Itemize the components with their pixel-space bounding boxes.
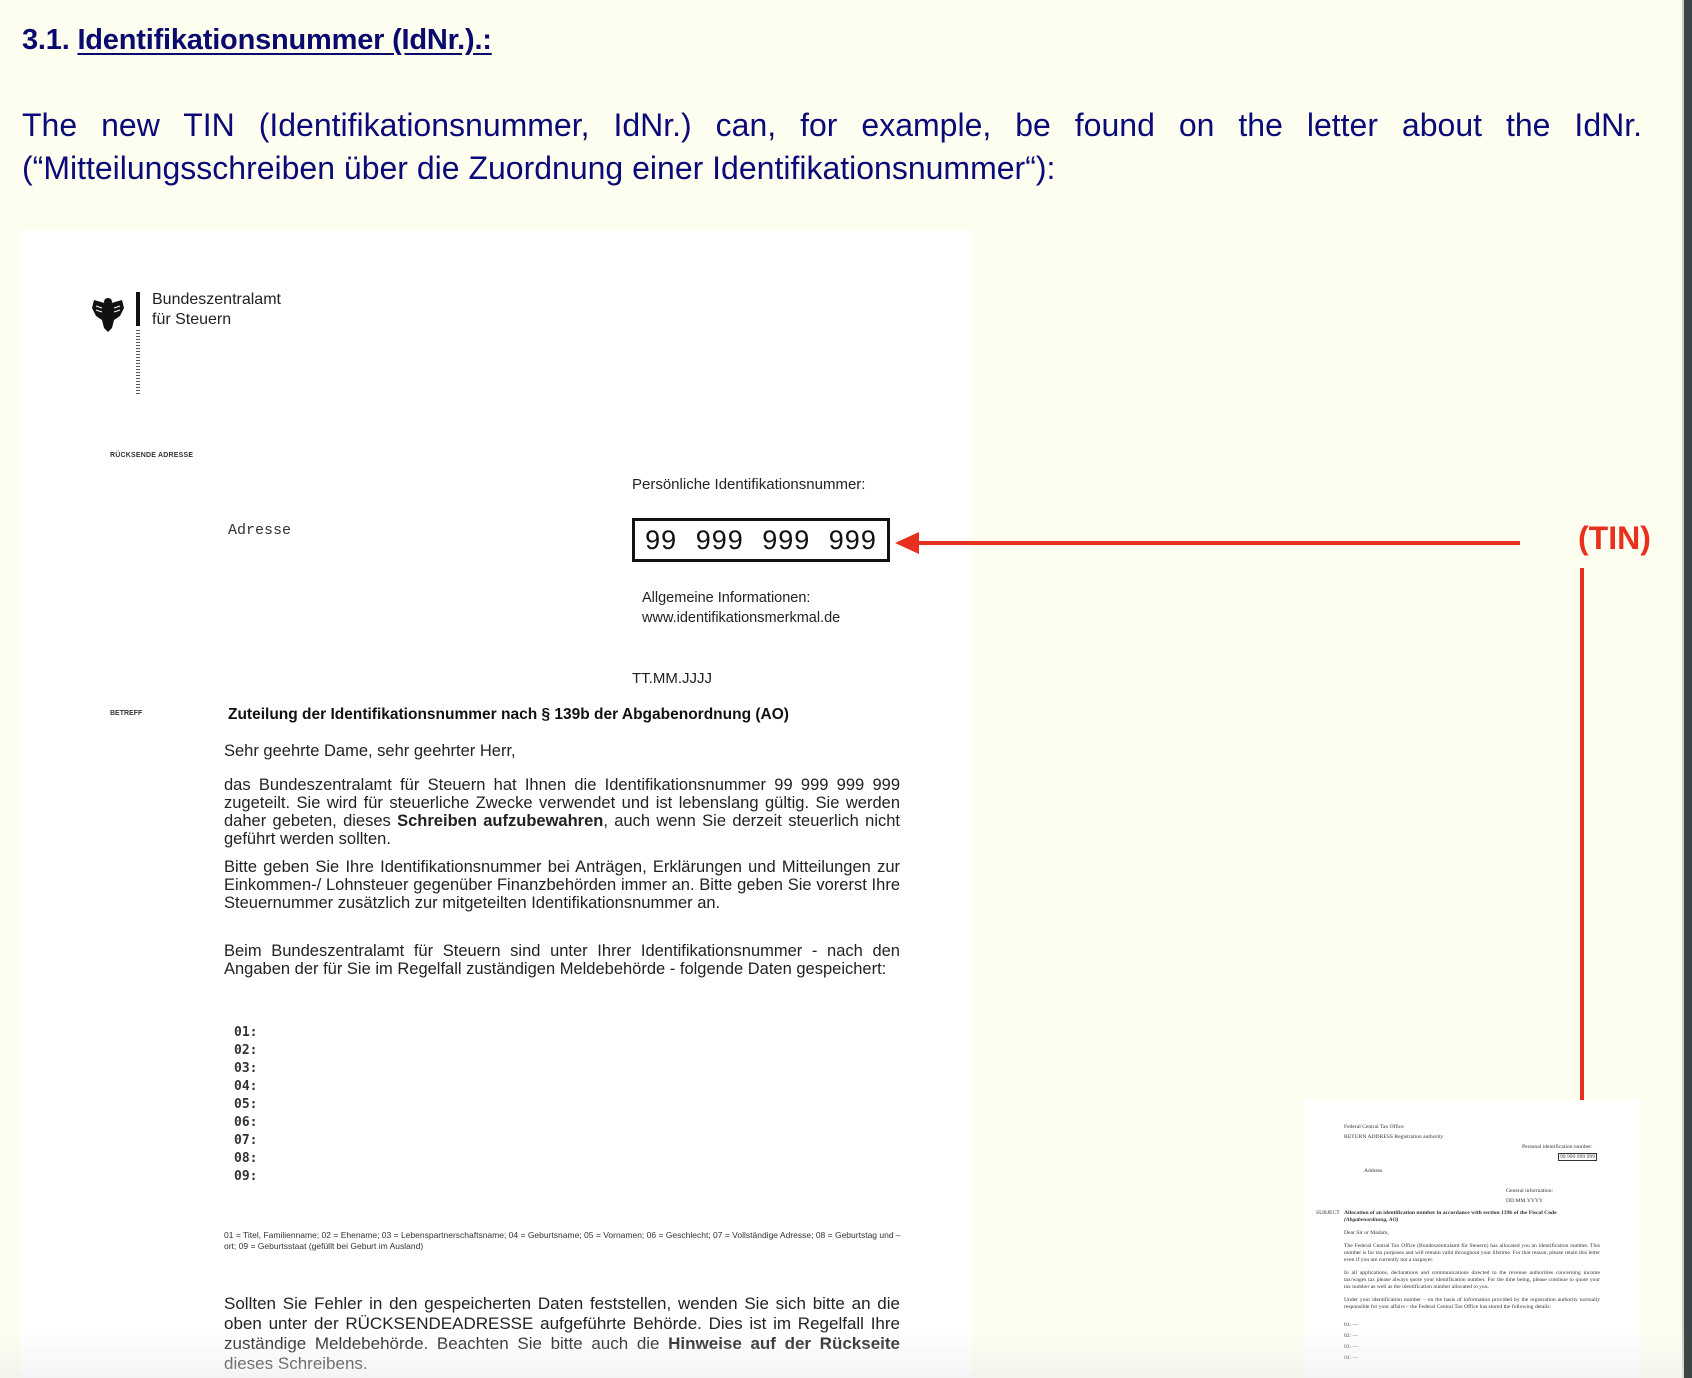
letter-subject: Zuteilung der Identifikationsnummer nach… [228, 706, 789, 724]
general-info-label: Allgemeine Informationen: [642, 588, 840, 608]
authority-line-1: Bundeszentralamt [152, 290, 281, 310]
logo-bar [136, 292, 140, 326]
inset-pid-label: Personal identification number: [1522, 1144, 1593, 1151]
inset-subject-label: SUBJECT [1316, 1210, 1340, 1217]
authority-name: Bundeszentralamt für Steuern [152, 290, 281, 330]
inset-salutation: Dear Sir or Madam, [1344, 1230, 1389, 1237]
tin-annotation-label: (TIN) [1578, 520, 1651, 557]
data-field-row: 07: [234, 1132, 257, 1150]
intro-paragraph: The new TIN (Identifikationsnummer, IdNr… [22, 104, 1642, 190]
inset-office: Federal Central Tax Office [1344, 1124, 1404, 1131]
address-placeholder: Adresse [228, 522, 291, 539]
general-info-url: www.identifikationsmerkmal.de [642, 608, 840, 628]
logo-dashes [136, 330, 140, 394]
section-title: Identifikationsnummer (IdNr.).: [77, 24, 491, 56]
window-edge [1684, 0, 1692, 1378]
inset-subject: Allocation of an identification number i… [1344, 1210, 1557, 1217]
inset-field-row: 02: — [1344, 1333, 1358, 1340]
data-field-row: 06: [234, 1114, 257, 1132]
paragraph-3: Beim Bundeszentralamt für Steuern sind u… [224, 942, 900, 978]
return-address-label: RÜCKSENDE ADRESSE [110, 452, 193, 459]
inset-date: DD.MM.YYYY [1506, 1198, 1543, 1205]
letter-image-english: Federal Central Tax Office RETURN ADDRES… [1304, 1100, 1640, 1378]
inset-field-row: 01: — [1344, 1322, 1358, 1329]
section-heading: 3.1. Identifikationsnummer (IdNr.).: [22, 24, 492, 57]
data-field-row: 05: [234, 1096, 257, 1114]
inset-return-address: RETURN ADDRESS Registration authority [1344, 1134, 1443, 1141]
paragraph-1-bold: Schreiben aufzubewahren [397, 812, 603, 830]
data-field-row: 02: [234, 1042, 257, 1060]
inset-paragraph-1: The Federal Central Tax Office (Bundesze… [1344, 1243, 1600, 1264]
inset-paragraph-3: Under your identification number – on th… [1344, 1297, 1600, 1311]
subject-label: BETREFF [110, 710, 142, 717]
paragraph-4-bold: Hinweise auf der Rückseite [668, 1334, 900, 1353]
data-field-row: 09: [234, 1168, 257, 1186]
inset-pid-value: 99 999 999 999 [1558, 1153, 1597, 1161]
paragraph-1: das Bundeszentralamt für Steuern hat Ihn… [224, 776, 900, 848]
inset-address: Address [1364, 1168, 1382, 1175]
data-field-row: 04: [234, 1078, 257, 1096]
section-number: 3.1. [22, 24, 70, 56]
authority-line-2: für Steuern [152, 310, 281, 330]
federal-eagle-icon [88, 294, 128, 334]
letter-image-german: Bundeszentralamt für Steuern RÜCKSENDE A… [20, 230, 972, 1378]
arrow-left-head-icon [895, 532, 919, 554]
inset-subject-2: (Abgabenordnung, AO) [1344, 1217, 1399, 1224]
pid-label: Persönliche Identifikationsnummer: [632, 476, 865, 493]
letter-date: TT.MM.JJJJ [632, 670, 712, 687]
pid-value-box: 99 999 999 999 [632, 518, 890, 562]
data-field-row: 01: [234, 1024, 257, 1042]
paragraph-4-tail: dieses Schreibens. [224, 1354, 368, 1373]
salutation: Sehr geehrte Dame, sehr geehrter Herr, [224, 742, 900, 760]
inset-paragraph-2: In all applications, declarations and co… [1344, 1270, 1600, 1291]
paragraph-4: Sollten Sie Fehler in den gespeicherten … [224, 1294, 900, 1374]
general-info: Allgemeine Informationen: www.identifika… [642, 588, 840, 628]
inset-general-info: General information: [1506, 1188, 1553, 1195]
fields-legend: 01 = Titel, Familienname; 02 = Ehename; … [224, 1230, 904, 1252]
data-fields-list: 01:02:03:04:05:06:07:08:09: [234, 1024, 257, 1186]
arrow-to-pid-line [910, 541, 1520, 545]
inset-field-row: 04: — [1344, 1355, 1358, 1362]
paragraph-2: Bitte geben Sie Ihre Identifikationsnumm… [224, 858, 900, 912]
data-field-row: 03: [234, 1060, 257, 1078]
data-field-row: 08: [234, 1150, 257, 1168]
inset-field-row: 03: — [1344, 1344, 1358, 1351]
arrow-to-inset-line [1580, 568, 1584, 1108]
